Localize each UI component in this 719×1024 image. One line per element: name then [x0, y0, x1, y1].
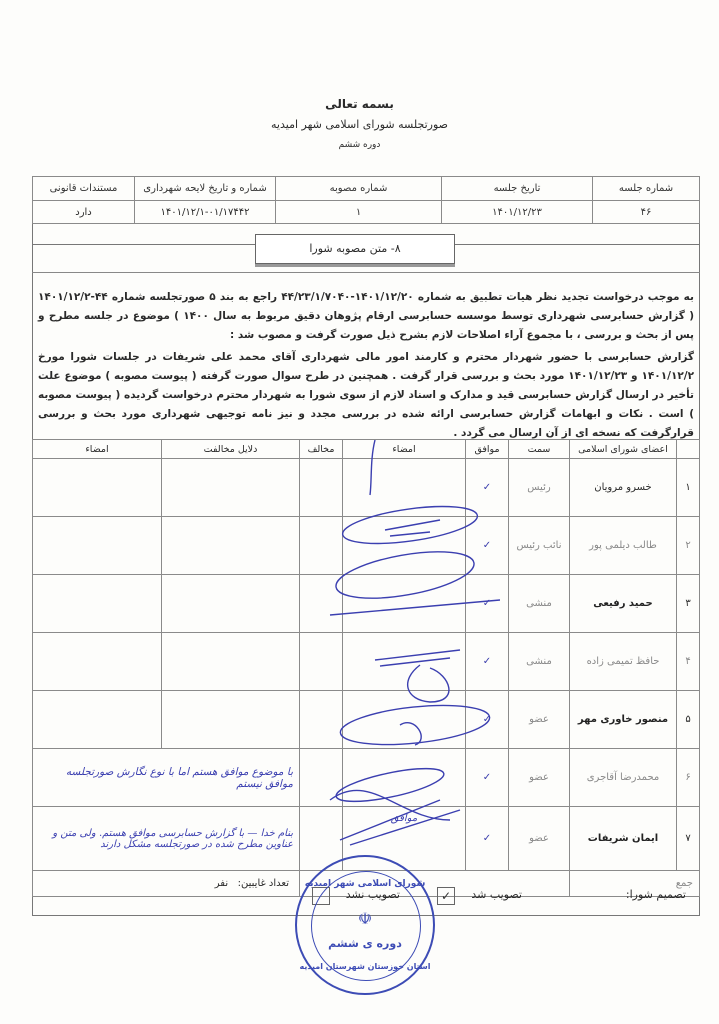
reasons-cell [162, 691, 300, 749]
header-signature: امضاء [343, 440, 466, 459]
member-row: ۳ حمید رفیعی منشی ✓ [33, 575, 700, 633]
member-name: محمدرضا آقاجری [570, 749, 677, 807]
reasons-cell [162, 459, 300, 517]
stamp-middle-text: دوره ی ششم [297, 937, 433, 950]
header-agree: موافق [466, 440, 509, 459]
member-name: حافظ تمیمی زاده [570, 633, 677, 691]
row-number: ۱ [677, 459, 700, 517]
signature-cell-2 [33, 691, 162, 749]
decision-label: تصمیم شورا: [626, 888, 686, 901]
reasons-cell [162, 517, 300, 575]
council-term: دوره ششم [0, 140, 719, 150]
row-number: ۷ [677, 807, 700, 871]
header-disagree-reasons: دلایل مخالفت [162, 440, 300, 459]
member-row: ۴ حافظ تمیمی زاده منشی ✓ [33, 633, 700, 691]
member-row: ۲ طالب دیلمی پور نائب رئیس ✓ [33, 517, 700, 575]
header-row-number [677, 440, 700, 459]
member-name: طالب دیلمی پور [570, 517, 677, 575]
document-title: صورتجلسه شورای اسلامی شهر امیدیه [0, 118, 719, 131]
agree-check: ✓ [466, 459, 509, 517]
section-title-banner: ۸- متن مصوبه شورا [255, 234, 455, 264]
members-vote-table: اعضای شورای اسلامی سمت موافق امضاء مخالف… [32, 439, 700, 897]
agree-check: ✓ [466, 633, 509, 691]
member-name: خسرو مرویان [570, 459, 677, 517]
member-role: منشی [509, 575, 570, 633]
session-meta-table: شماره جلسه تاریخ جلسه شماره مصوبه شماره … [32, 176, 700, 224]
absent-unit: نفر [215, 878, 228, 889]
header-member: اعضای شورای اسلامی [570, 440, 677, 459]
approved-checkbox: ✓ [437, 887, 455, 905]
session-date: ۱۴۰۱/۱۲/۲۳ [442, 201, 593, 224]
divider [32, 272, 700, 273]
signature-cell-2 [33, 633, 162, 691]
absent-label: تعداد غایبین: [238, 878, 289, 889]
agree-check: ✓ [466, 691, 509, 749]
signature-cell [343, 691, 466, 749]
stamp-bottom-text: استان خوزستان شهرستان امیدیه [297, 962, 433, 971]
header-resolution-number: شماره مصوبه [276, 177, 442, 201]
member-role: منشی [509, 633, 570, 691]
signature-cell [343, 459, 466, 517]
resolution-paragraph-1: به موجب درخواست تجدید نظر هیات تطبیق به … [38, 288, 694, 345]
signature-cell-2 [33, 517, 162, 575]
approved-label: تصویب شد [471, 888, 522, 901]
absent-count: تعداد غایبین: نفر [33, 871, 300, 897]
header-legal-documents: مستندات قانونی [33, 177, 135, 201]
signature-note: موافق [343, 807, 466, 871]
member-role: عضو [509, 691, 570, 749]
member-name: حمید رفیعی [570, 575, 677, 633]
header-disagree: مخالف [300, 440, 343, 459]
member-name: منصور خاوری مهر [570, 691, 677, 749]
divider-right [453, 244, 700, 245]
member-row: ۱ خسرو مرویان رئیس ✓ [33, 459, 700, 517]
member-role: عضو [509, 807, 570, 871]
disagree-cell [300, 691, 343, 749]
resolution-number: ۱ [276, 201, 442, 224]
row-number: ۴ [677, 633, 700, 691]
member-row: ۷ ایمان شریفات عضو ✓ موافق بنام خدا — با… [33, 807, 700, 871]
member-row: ۶ محمدرضا آقاجری عضو ✓ با موضوع موافق هس… [33, 749, 700, 807]
member-row: ۵ منصور خاوری مهر عضو ✓ [33, 691, 700, 749]
reasons-cell [162, 575, 300, 633]
disagree-cell [300, 459, 343, 517]
divider-left [32, 244, 255, 245]
header-session-date: تاریخ جلسه [442, 177, 593, 201]
signature-cell [343, 517, 466, 575]
legal-documents: دارد [33, 201, 135, 224]
header-signature-2: امضاء [33, 440, 162, 459]
member-role: عضو [509, 749, 570, 807]
rejected-label: تصویب نشد [346, 888, 400, 901]
member-role: نائب رئیس [509, 517, 570, 575]
disagree-cell [300, 575, 343, 633]
resolution-paragraph-2: گزارش حسابرسی با حضور شهردار محترم و کار… [38, 348, 694, 443]
reasons-cell [162, 633, 300, 691]
signature-cell-2 [33, 575, 162, 633]
disagree-cell [300, 517, 343, 575]
row-number: ۵ [677, 691, 700, 749]
disagree-cell [300, 749, 343, 807]
disagree-cell [300, 633, 343, 691]
handwritten-note: با موضوع موافق هستم اما با نوع نگارش صور… [33, 749, 300, 807]
header-session-number: شماره جلسه [593, 177, 700, 201]
rejected-checkbox [312, 887, 330, 905]
signature-cell [343, 575, 466, 633]
total-cell [300, 871, 570, 897]
member-name: ایمان شریفات [570, 807, 677, 871]
signature-cell-2 [33, 459, 162, 517]
signature-cell [343, 633, 466, 691]
row-number: ۳ [677, 575, 700, 633]
agree-check: ✓ [466, 517, 509, 575]
agree-check: ✓ [466, 749, 509, 807]
agree-check: ✓ [466, 575, 509, 633]
council-minutes-page: بسمه تعالی صورتجلسه شورای اسلامی شهر امی… [0, 0, 719, 1024]
signature-cell [343, 749, 466, 807]
row-number: ۶ [677, 749, 700, 807]
session-number: ۴۶ [593, 201, 700, 224]
bill-number-date: ۱۴۰۱/۱۲/۱-۰۱/۱۷۴۴۲ [135, 201, 276, 224]
row-number: ۲ [677, 517, 700, 575]
handwritten-note: بنام خدا — با گزارش حسابرسی موافق هستم. … [33, 807, 300, 871]
disagree-cell [300, 807, 343, 871]
invocation: بسمه تعالی [0, 97, 719, 111]
agree-check: ✓ [466, 807, 509, 871]
header-bill-number-date: شماره و تاریخ لایحه شهرداری [135, 177, 276, 201]
header-role: سمت [509, 440, 570, 459]
member-role: رئیس [509, 459, 570, 517]
